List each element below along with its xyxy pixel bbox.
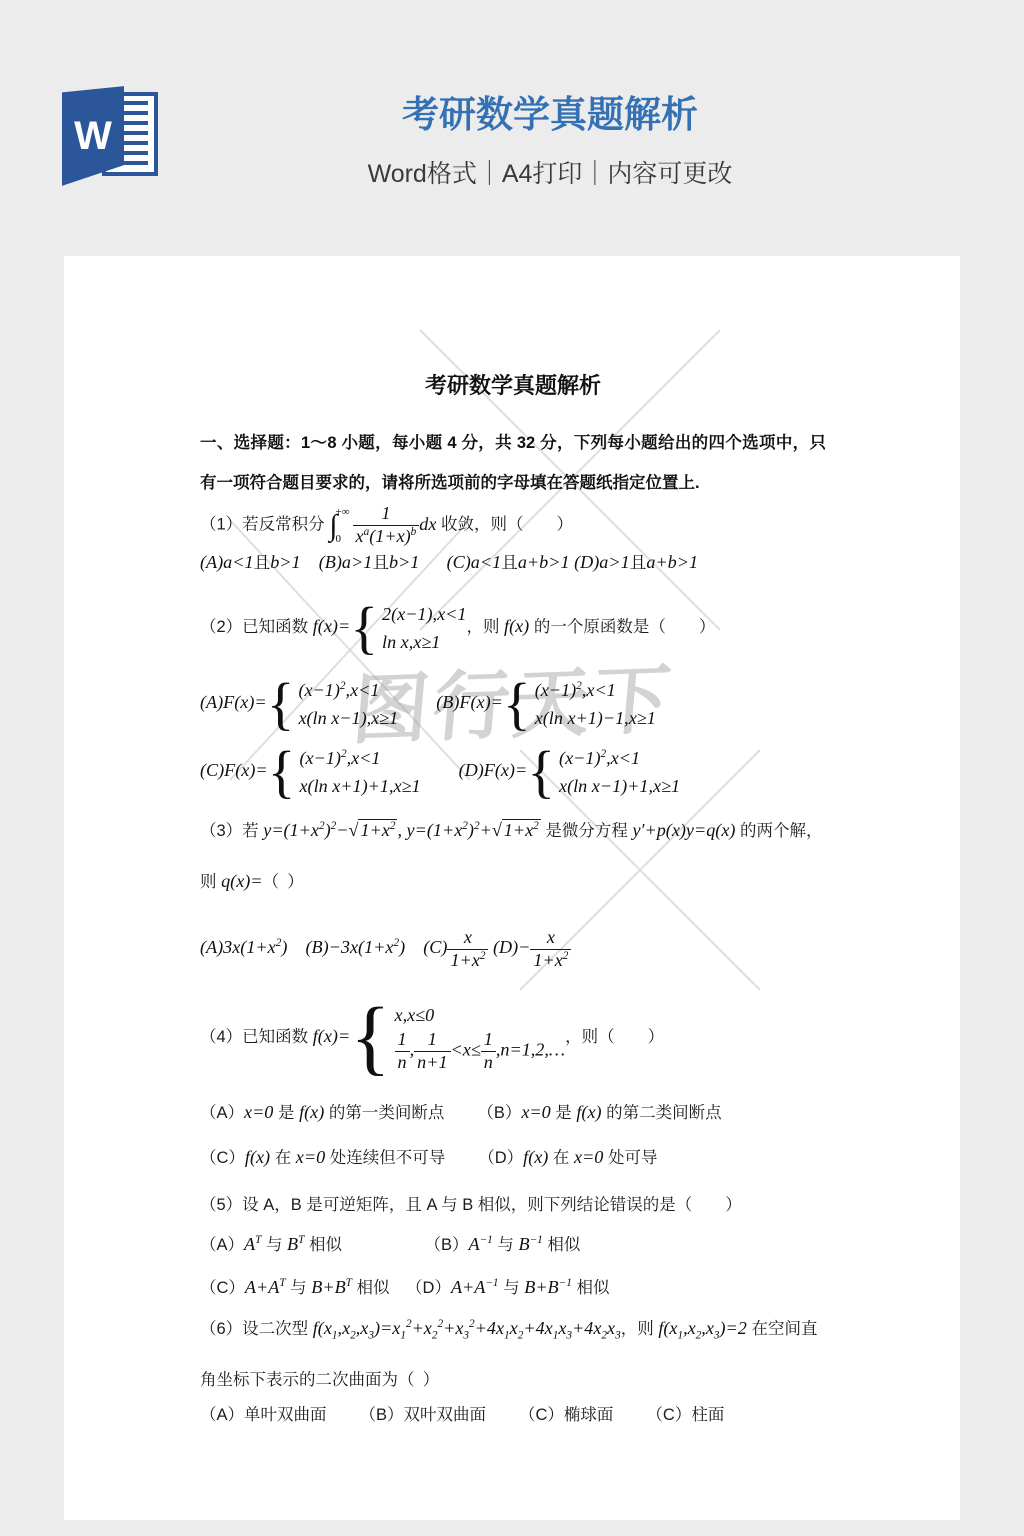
question-5-options-ab: （A）AT 与 BT 相似 （B）A−1 与 B−1 相似 [200,1230,826,1259]
question-2-stem: （2）已知函数 f(x)={2(x−1),x<1ln x,x≥1，则 f(x) … [200,599,826,657]
question-1-stem: （1）若反常积分 ∫+∞01xa(1+x)bdx 收敛，则（ ） [200,503,826,548]
question-5-options-cd: （C）A+AT 与 B+BT 相似 （D）A+A−1 与 B+B−1 相似 [200,1273,826,1302]
document-page: 图行天下 考研数学真题解析 一、选择题：1～8 小题，每小题 4 分，共 32 … [64,256,960,1520]
question-4-options-cd: （C）f(x) 在 x=0 处连续但不可导 （D）f(x) 在 x=0 处可导 [200,1143,826,1172]
header-text: 考研数学真题解析 Word格式｜A4打印｜内容可更改 [110,0,990,190]
template-subtitle: Word格式｜A4打印｜内容可更改 [110,154,990,190]
question-6-options: （A）单叶双曲面 （B）双叶双曲面 （C）椭球面 （C）柱面 [200,1402,826,1428]
question-2-option-a: (A)F(x)={(x−1)2,x<1x(ln x−1),x≥1 [200,675,398,733]
question-2-option-d: (D)F(x)={(x−1)2,x<1x(ln x−1)+1,x≥1 [459,743,681,801]
site-header: W 考研数学真题解析 Word格式｜A4打印｜内容可更改 [0,0,1024,256]
template-title: 考研数学真题解析 [110,92,990,138]
question-3-options: (A)3x(1+x2) (B)−3x(1+x2) (C)x1+x2 (D)−x1… [200,927,826,972]
document-title: 考研数学真题解析 [200,368,826,403]
word-icon-letter: W [74,114,112,159]
question-4-options-ab: （A）x=0 是 f(x) 的第一类间断点 （B）x=0 是 f(x) 的第二类… [200,1098,826,1127]
section-instructions: 一、选择题：1～8 小题，每小题 4 分，共 32 分，下列每小题给出的四个选项… [200,423,826,503]
question-2-option-b: (B)F(x)={(x−1)2,x<1x(ln x+1)−1,x≥1 [436,675,656,733]
question-5-stem: （5）设 A，B 是可逆矩阵，且 A 与 B 相似，则下列结论错误的是（ ） [200,1192,826,1218]
question-3-stem: （3）若 y=(1+x2)2−√1+x2, y=(1+x2)2+√1+x2 是微… [200,801,826,907]
question-2-options-ab: (A)F(x)={(x−1)2,x<1x(ln x−1),x≥1 (B)F(x)… [200,675,826,733]
question-1-options: (A)a<1且b>1 (B)a>1且b>1 (C)a<1且a+b>1 (D)a>… [200,548,826,577]
question-2-option-c: (C)F(x)={(x−1)2,x<1x(ln x+1)+1,x≥1 [200,743,421,801]
question-2-options-cd: (C)F(x)={(x−1)2,x<1x(ln x+1)+1,x≥1 (D)F(… [200,743,826,801]
question-6-stem: （6）设二次型 f(x1,x2,x3)=x12+x22+x32+4x1x2+4x… [200,1302,826,1402]
question-4-stem: （4）已知函数 f(x)={x,x≤01n,1n+1<x≤1n,n=1,2,…，… [200,996,826,1080]
document-content: 考研数学真题解析 一、选择题：1～8 小题，每小题 4 分，共 32 分，下列每… [64,256,960,1428]
